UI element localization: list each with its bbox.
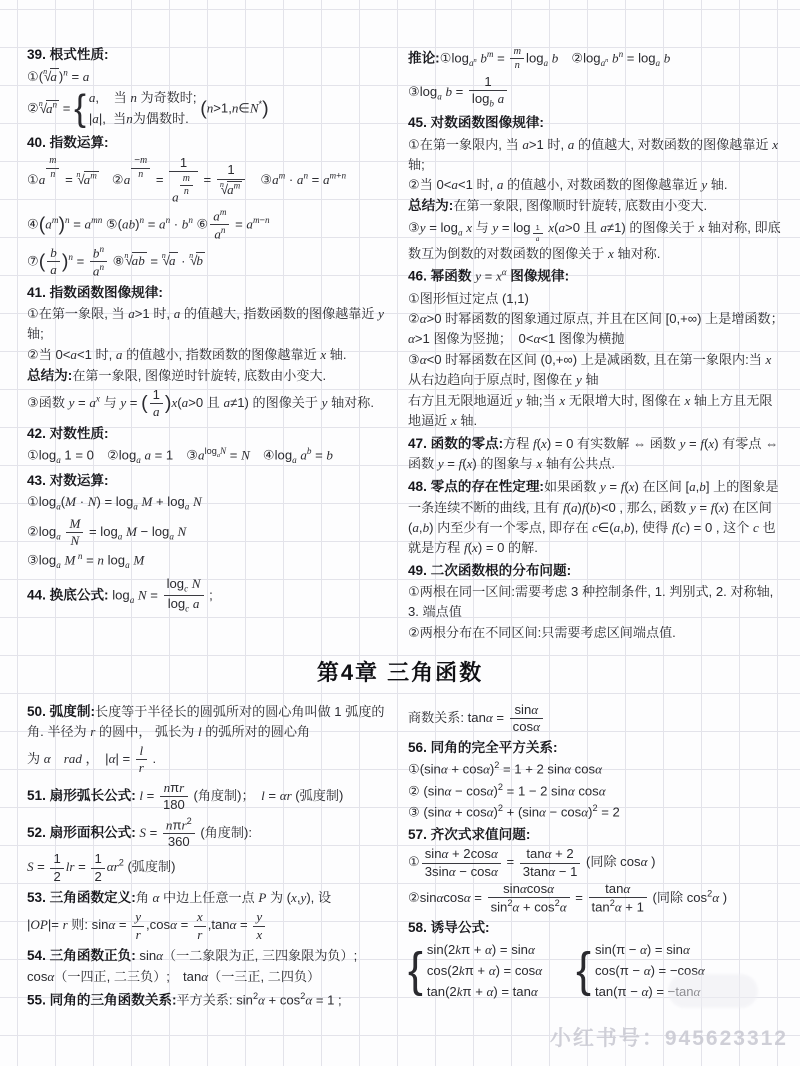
formula-line: ①在第一象限, 当 a>1 时, a 的值越大, 指数函数的图像越靠近 y 轴; [27,304,395,344]
formula-line: 右方且无限地逼近 y 轴;当 x 无限增大时, 图像在 x 轴上方且无限地逼近 … [408,391,782,431]
formula-line: ②n√an = {a, 当 n 为奇数时;|a|, 当n为偶数时. (n>1,n… [27,88,395,130]
formula-line: ③y = loga x 与 y = log1a x(a>0 且 a≠1) 的图像… [408,218,782,264]
section-heading: 42. 对数性质: [27,424,395,444]
formula-line: 51. 扇形弧长公式: l = nπr180 (角度制)； l = αr (弧度… [27,780,395,813]
formula-line: ①loga(M · N) = loga M + loga N [27,492,395,515]
upper-right-column: 推论:①logan bm = mnloga b ②logan bn = loga… [408,44,782,646]
formula-line: 46. 幂函数 y = xα 图像规律: [408,266,782,287]
formula-line: ②当 0<a<1 时, a 的值越小, 指数函数的图像越靠近 x 轴. [27,345,395,365]
section: 42. 对数性质:①loga 1 = 0 ②loga a = 1 ③alogaN… [27,424,395,468]
section-heading: 56. 同角的完全平方关系: [408,738,782,758]
section: 56. 同角的完全平方关系:①(sinα + cosα)2 = 1 + 2 si… [408,738,782,822]
lower-left-column: 50. 弧度制:长度等于半径长的圆弧所对的圆心角叫做 1 弧度的角. 半径为 r… [27,701,395,1015]
formula-line: ③ (sinα + cosα)2 + (sinα − cosα)2 = 2 [408,802,782,822]
formula-sheet-page: 39. 根式性质:①(n√a)n = a②n√an = {a, 当 n 为奇数时… [0,0,800,1066]
formula-line: ③loga M n = n loga M [27,550,395,573]
formula-line: 55. 同角的三角函数关系:平方关系: sin2α + cos2α = 1 ; [27,990,395,1011]
section: 50. 弧度制:长度等于半径长的圆弧所对的圆心角叫做 1 弧度的角. 半径为 r… [27,702,395,777]
formula-line: 54. 三角函数正负: sinα（一二象限为正, 三四象限为负）; [27,946,395,967]
formula-line: 总结为:在第一象限, 图像逆时针旋转, 底数由小变大. [27,366,395,387]
formula-line: ①(n√a)n = a [27,66,395,87]
formula-line: ①两根在同一区间:需要考虑 3 种控制条件, 1. 判别式, 2. 对称轴, 3… [408,582,782,622]
section: 53. 三角函数定义:角 α 中边上任意一点 P 为 (x,y), 设|OP|=… [27,888,395,943]
formula-line: ②loga MN = loga M − loga N [27,516,395,549]
formula-line: ③函数 y = ax 与 y = (1a)x(a>0 且 a≠1) 的图像关于 … [27,387,395,420]
section: 55. 同角的三角函数关系:平方关系: sin2α + cos2α = 1 ; [27,990,395,1011]
watermark-text: 小红书号：945623312 [550,1022,788,1052]
section: 43. 对数运算:①loga(M · N) = loga M + loga N②… [27,471,395,573]
formula-line: ②sinαcosα = sinαcosαsin2α + cos2α = tanα… [408,881,782,916]
section: 51. 扇形弧长公式: l = nπr180 (角度制)； l = αr (弧度… [27,780,395,813]
lower-right-column: 商数关系: tanα = sinαcosα56. 同角的完全平方关系:①(sin… [408,701,782,1015]
section: 47. 函数的零点:方程 f(x) = 0 有实数解 ⇔ 函数 y = f(x)… [408,434,782,475]
section: 推论:①logan bm = mnloga b ②logan bn = loga… [408,45,782,110]
section-heading: 45. 对数函数图像规律: [408,113,782,133]
section: 46. 幂函数 y = xα 图像规律:①图形恒过定点 (1,1)②α>0 时幂… [408,266,782,430]
section-heading: 49. 二次函数根的分布问题: [408,561,782,581]
section: 54. 三角函数正负: sinα（一二象限为正, 三四象限为负）;cosα（一四… [27,946,395,988]
formula-line: ③loga b = 1logb a [408,74,782,111]
formula-line: ② (sinα − cosα)2 = 1 − 2 sinα cosα [408,781,782,801]
section-heading: 39. 根式性质: [27,45,395,65]
formula-line: ①(sinα + cosα)2 = 1 + 2 sinα cosα [408,759,782,779]
lower-section: 50. 弧度制:长度等于半径长的圆弧所对的圆心角叫做 1 弧度的角. 半径为 r… [0,699,800,1015]
section: 44. 换底公式: loga N = logc Nlogc a ; [27,576,395,616]
section: 48. 零点的存在性定理:如果函数 y = f(x) 在区间 [a,b] 上的图… [408,477,782,557]
formula-line: S = 12lr = 12αr2 (弧度制) [27,851,395,884]
formula-line: 为 α rad ， |α| = lr . [27,743,395,776]
formula-line: ①amn = n√am ②a−mn = 1amn = 1n√am ③am · a… [27,155,395,206]
formula-line: 47. 函数的零点:方程 f(x) = 0 有实数解 ⇔ 函数 y = f(x)… [408,434,782,475]
formula-line: ②α>0 时幂函数的图象通过原点, 并且在区间 [0,+∞) 上是增函数； α>… [408,309,782,349]
formula-line: ③α<0 时幂函数在区间 (0,+∞) 上是减函数, 且在第一象限内:当 x 从… [408,350,782,390]
formula-line: ④(am)n = amn ⑤(ab)n = an · bn ⑥aman = am… [27,207,395,243]
faded-logo-watermark [668,974,758,1008]
upper-section: 39. 根式性质:①(n√a)n = a②n√an = {a, 当 n 为奇数时… [0,0,800,646]
formula-line: ①在第一象限内, 当 a>1 时, a 的值越大, 对数函数的图像越靠近 x 轴… [408,135,782,175]
formula-line: ①loga 1 = 0 ②loga a = 1 ③alogaN = N ④log… [27,445,395,468]
formula-line: 52. 扇形面积公式: S = nπr2360 (角度制): [27,816,395,851]
formula-line: 48. 零点的存在性定理:如果函数 y = f(x) 在区间 [a,b] 上的图… [408,477,782,557]
section: 商数关系: tanα = sinαcosα [408,702,782,735]
section: 49. 二次函数根的分布问题:①两根在同一区间:需要考虑 3 种控制条件, 1.… [408,561,782,643]
formula-line: 50. 弧度制:长度等于半径长的圆弧所对的圆心角叫做 1 弧度的角. 半径为 r… [27,702,395,743]
formula-line: 53. 三角函数定义:角 α 中边上任意一点 P 为 (x,y), 设 [27,888,395,909]
formula-line: 44. 换底公式: loga N = logc Nlogc a ; [27,576,395,616]
formula-line: ②两根分布在不同区间:只需要考虑区间端点值. [408,623,782,643]
upper-left-column: 39. 根式性质:①(n√a)n = a②n√an = {a, 当 n 为奇数时… [27,44,395,646]
formula-line: 商数关系: tanα = sinαcosα [408,702,782,735]
section: 52. 扇形面积公式: S = nπr2360 (角度制):S = 12lr =… [27,816,395,885]
section-heading: 58. 诱导公式: [408,918,782,938]
section: 39. 根式性质:①(n√a)n = a②n√an = {a, 当 n 为奇数时… [27,45,395,130]
section: 45. 对数函数图像规律:①在第一象限内, 当 a>1 时, a 的值越大, 对… [408,113,782,263]
formula-line: ①图形恒过定点 (1,1) [408,289,782,309]
section-heading: 40. 指数运算: [27,133,395,153]
section-heading: 57. 齐次式求值问题: [408,825,782,845]
section-heading: 41. 指数函数图像规律: [27,283,395,303]
formula-line: ⑦(ba)n = bnan ⑧n√ab = n√a · n√b [27,244,395,280]
section-heading: 43. 对数运算: [27,471,395,491]
formula-line: cosα（一四正, 二三负）; tanα（一三正, 二四负） [27,967,395,987]
formula-line: 推论:①logan bm = mnloga b ②logan bn = loga… [408,45,782,73]
chapter-title: 第4章 三角函数 [0,656,800,687]
section: 40. 指数运算:①amn = n√am ②a−mn = 1amn = 1n√a… [27,133,395,279]
section: 41. 指数函数图像规律:①在第一象限, 当 a>1 时, a 的值越大, 指数… [27,283,395,421]
section: 57. 齐次式求值问题:①sinα + 2cosα3sinα − cosα = … [408,825,782,915]
formula-line: |OP|= r 则: sinα = yr,cosα = xr,tanα = yx [27,909,395,942]
formula-line: ②当 0<a<1 时, a 的值越小, 对数函数的图像越靠近 y 轴. [408,175,782,195]
formula-line: ①sinα + 2cosα3sinα − cosα = tanα + 23tan… [408,846,782,879]
formula-line: 总结为:在第一象限, 图像顺时针旋转, 底数由小变大. [408,196,782,217]
